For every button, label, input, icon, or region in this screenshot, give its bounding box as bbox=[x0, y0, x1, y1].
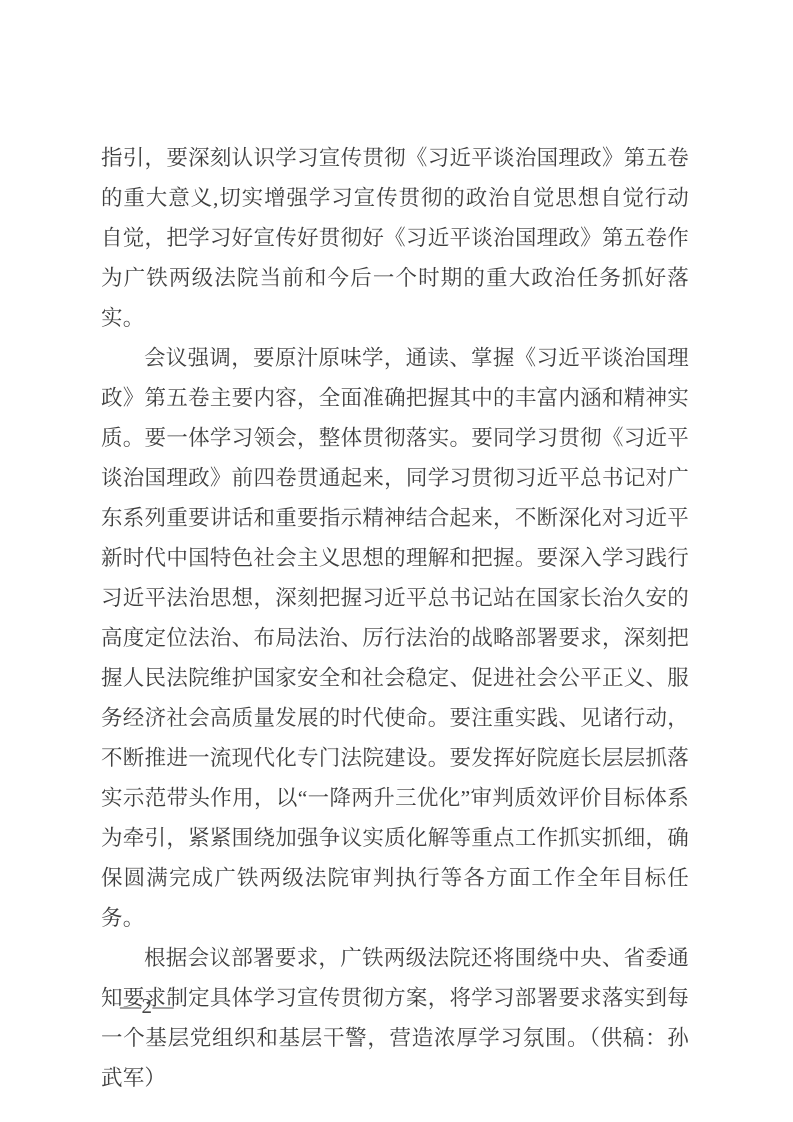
paragraph-deployment-and-credit: 根据会议部署要求，广铁两级法院还将围绕中央、省委通知要求制定具体学习宣传贯彻方案… bbox=[101, 938, 689, 1098]
page-number: —2— bbox=[120, 994, 174, 1018]
document-body: 指引，要深刻认识学习宣传贯彻《习近平谈治国理政》第五卷的重大意义,切实增强学习宣… bbox=[101, 138, 689, 1098]
paragraph-meeting-emphasis: 会议强调，要原汁原味学，通读、掌握《习近平谈治国理政》第五卷主要内容，全面准确把… bbox=[101, 338, 689, 938]
document-page: 指引，要深刻认识学习宣传贯彻《习近平谈治国理政》第五卷的重大意义,切实增强学习宣… bbox=[0, 0, 793, 1122]
paragraph-continuation: 指引，要深刻认识学习宣传贯彻《习近平谈治国理政》第五卷的重大意义,切实增强学习宣… bbox=[101, 138, 689, 338]
